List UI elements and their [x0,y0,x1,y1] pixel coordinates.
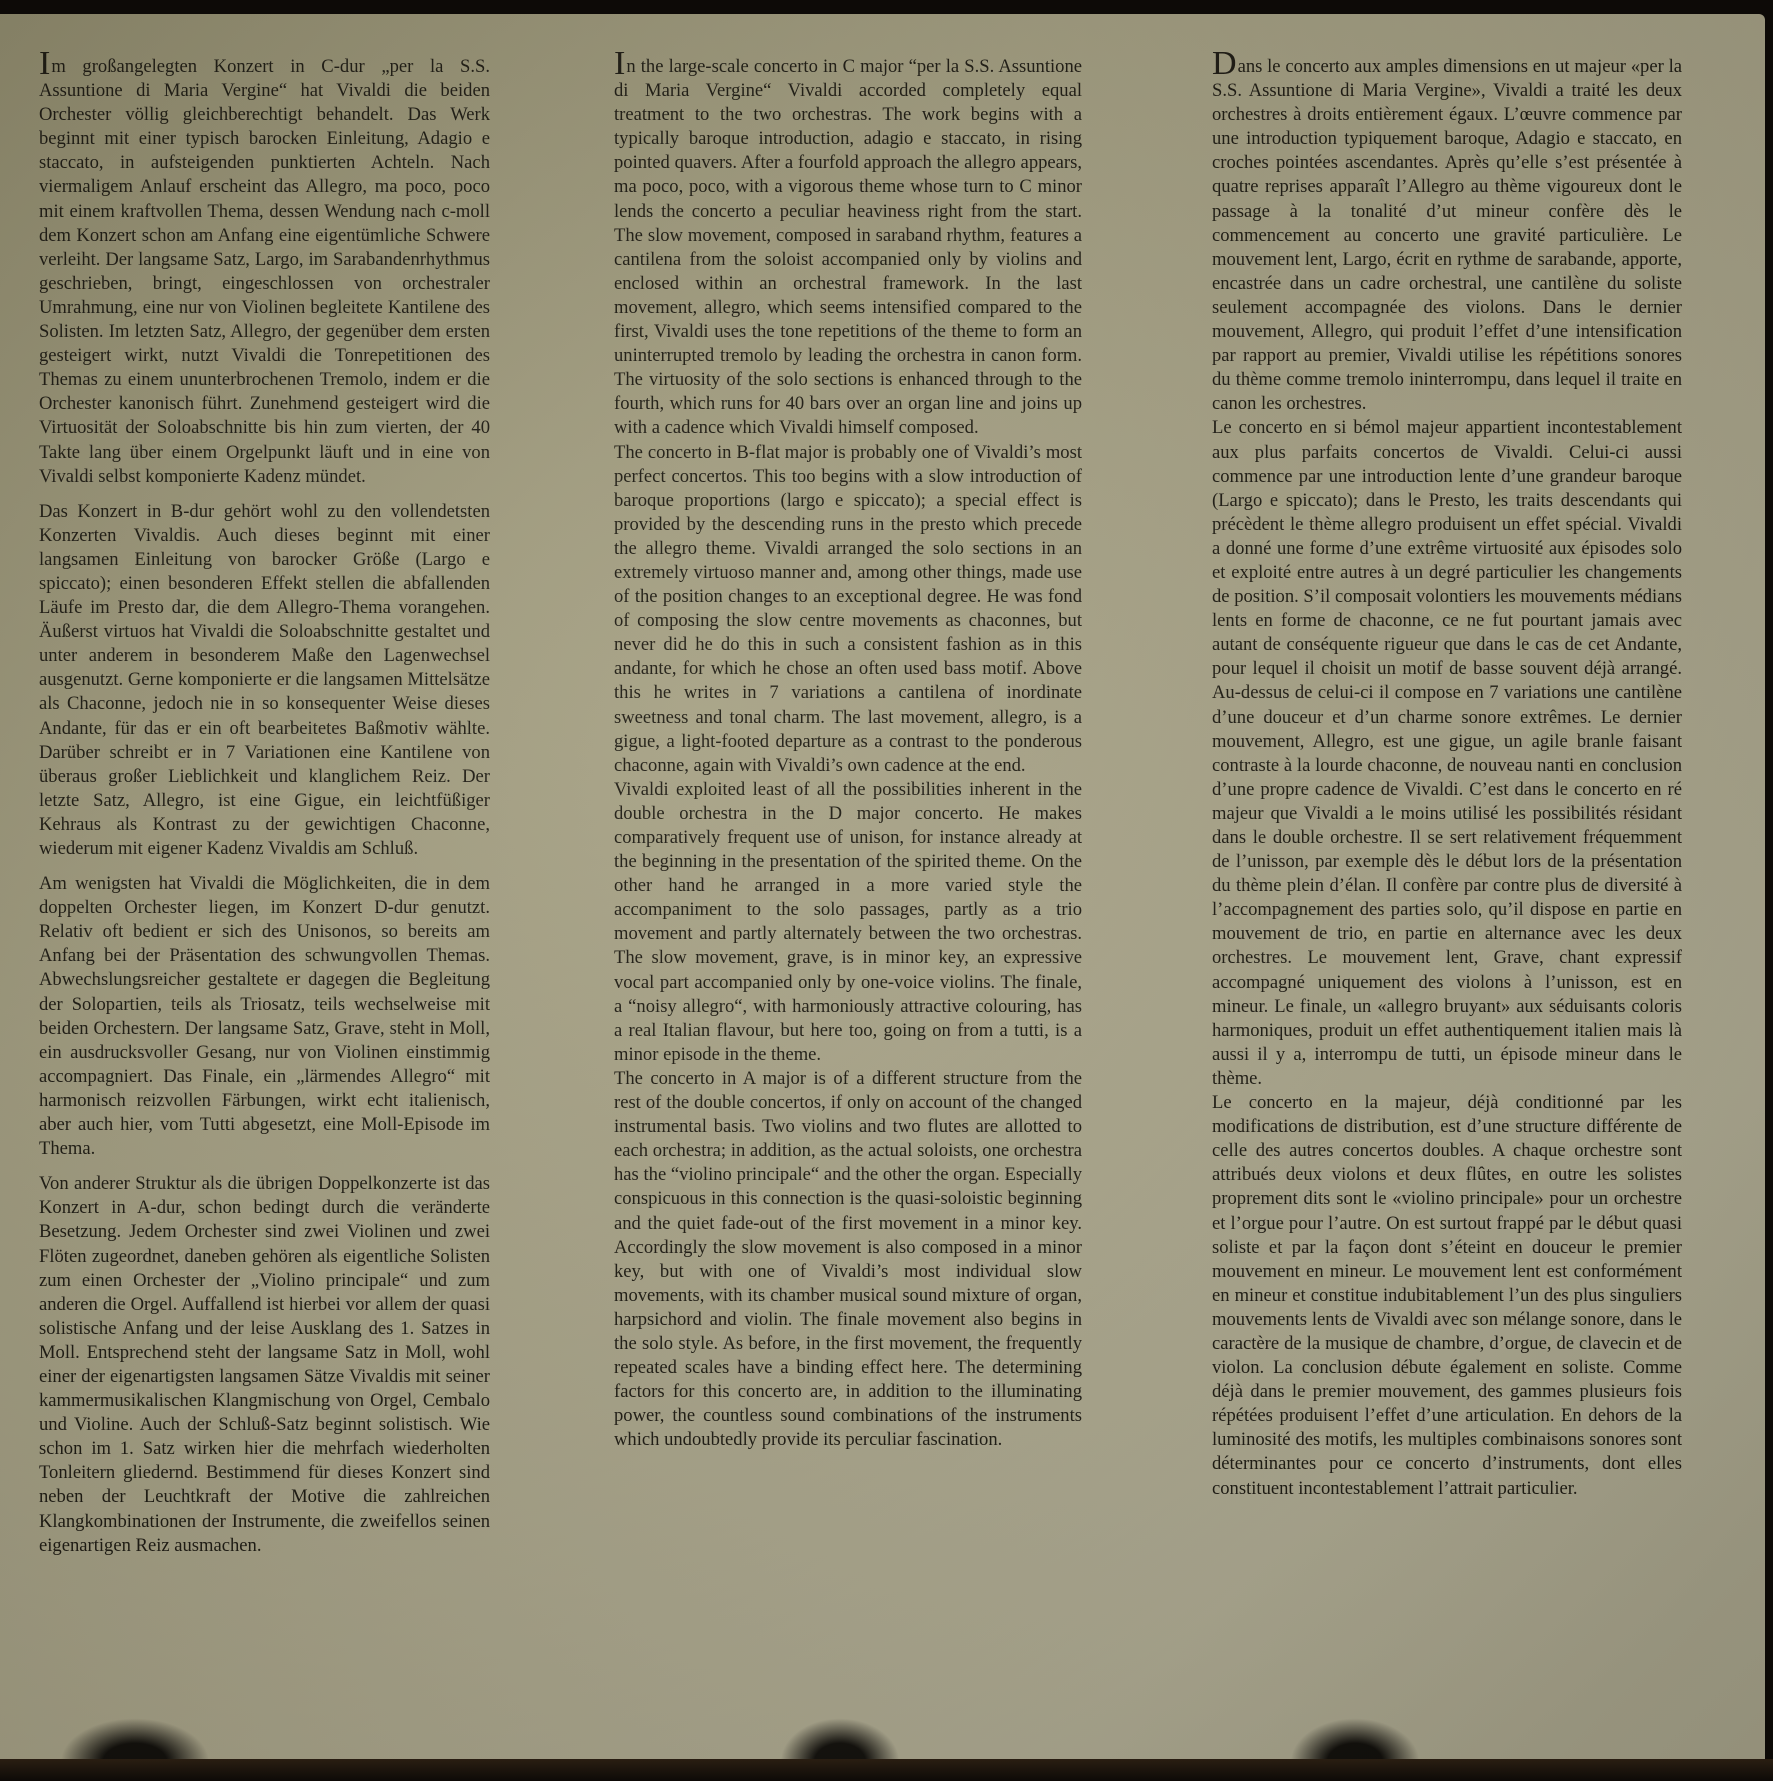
german-paragraph-4: Von anderer Struktur als die übrigen Dop… [39,1172,490,1558]
german-dropcap: I [39,45,50,82]
german-paragraph-2: Das Konzert in B-dur gehört wohl zu den … [39,500,490,861]
french-paragraph-1: Dans le concerto aux amples dimensions e… [1212,54,1682,416]
finger-shadow-right [1290,1718,1420,1762]
french-dropcap: D [1212,45,1237,82]
table-surface [0,1759,1773,1781]
english-paragraph-4: The concerto in A major is of a differen… [614,1067,1082,1453]
english-dropcap: I [614,45,625,82]
finger-shadow-left [60,1718,210,1762]
liner-notes-sheet: Im großangelegten Konzert in C-dur „per … [0,14,1765,1762]
english-paragraph-1: In the large-scale concerto in C major “… [614,54,1082,441]
german-paragraph-3: Am wenigsten hat Vivaldi die Möglichkeit… [39,872,490,1161]
english-column: In the large-scale concerto in C major “… [614,54,1082,1452]
english-paragraph-3: Vivaldi exploited least of all the possi… [614,778,1082,1067]
english-paragraph-2: The concerto in B-flat major is probably… [614,441,1082,778]
german-paragraph-1: Im großangelegten Konzert in C-dur „per … [39,54,490,489]
french-paragraph-3: Le concerto en la majeur, déjà condition… [1212,1091,1682,1501]
french-column: Dans le concerto aux amples dimensions e… [1212,54,1682,1501]
french-paragraph-2: Le concerto en si bémol majeur appartien… [1212,416,1682,1091]
finger-shadow-middle [780,1718,900,1762]
german-column: Im großangelegten Konzert in C-dur „per … [39,54,490,1558]
